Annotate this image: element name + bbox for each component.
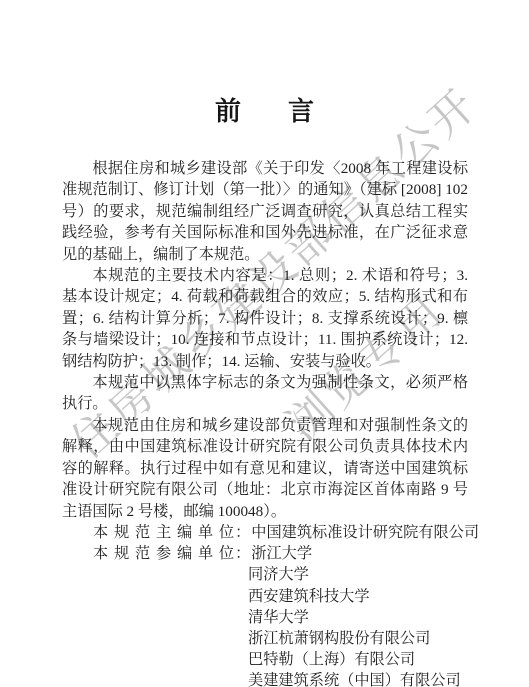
paragraph-contents: 本规范的主要技术内容是：1. 总则；2. 术语和符号；3. 基本设计规定；4. … — [62, 265, 468, 372]
document-page: 住房城乡建设部信息公开 浏览专用 前 言 根据住房和城乡建设部《关于印发〈200… — [0, 0, 529, 687]
chief-editor-label: 本 规 范 主 编 单 位： — [93, 524, 251, 541]
document-body: 根据住房和城乡建设部《关于印发〈2008 年工程建设标准规范制订、修订计划（第一… — [62, 158, 468, 522]
chief-editor-value: 中国建筑标准设计研究院有限公司 — [251, 524, 479, 541]
editing-units-section: 本 规 范 主 编 单 位：中国建筑标准设计研究院有限公司 本 规 范 参 编 … — [62, 522, 468, 687]
page-content: 前 言 根据住房和城乡建设部《关于印发〈2008 年工程建设标准规范制订、修订计… — [62, 0, 468, 687]
title-char-1: 前 — [215, 96, 242, 128]
participating-unit: 巴特勒（上海）有限公司 — [62, 649, 468, 670]
paragraph-administration: 本规范由住房和城乡建设部负责管理和对强制性条文的解释，由中国建筑标准设计研究院有… — [62, 415, 468, 522]
participating-unit: 浙江大学 — [251, 545, 312, 562]
chief-editor-line: 本 规 范 主 编 单 位：中国建筑标准设计研究院有限公司 — [62, 522, 468, 543]
participating-units-line: 本 规 范 参 编 单 位：浙江大学 — [62, 543, 468, 564]
participating-unit: 清华大学 — [62, 607, 468, 628]
participating-unit: 浙江杭萧钢构股份有限公司 — [62, 628, 468, 649]
paragraph-basis: 根据住房和城乡建设部《关于印发〈2008 年工程建设标准规范制订、修订计划（第一… — [62, 158, 468, 265]
title-char-2: 言 — [288, 96, 315, 128]
participating-unit: 同济大学 — [62, 564, 468, 585]
participating-unit: 美建建筑系统（中国）有限公司 — [62, 670, 468, 687]
participating-unit: 西安建筑科技大学 — [62, 586, 468, 607]
paragraph-mandatory-provisions: 本规范中以黑体字标志的条文为强制性条文，必须严格执行。 — [62, 372, 468, 415]
page-title: 前 言 — [62, 96, 468, 128]
participating-units-label: 本 规 范 参 编 单 位： — [93, 545, 251, 562]
